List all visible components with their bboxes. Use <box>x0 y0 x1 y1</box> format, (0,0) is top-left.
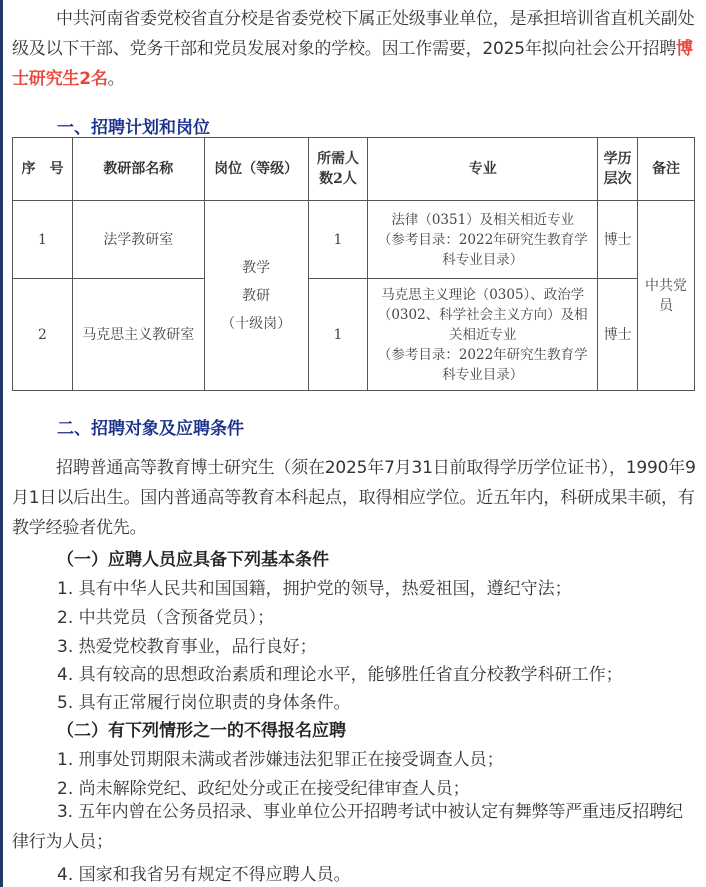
condition-item: 1. 具有中华人民共和国国籍，拥护党的领导，热爱祖国，遵纪守法； <box>57 574 572 599</box>
exclusion-item: 1. 刑事处罚期限未满或者涉嫌违法犯罪正在接受调查人员； <box>57 745 504 770</box>
cell-count: 1 <box>308 201 368 279</box>
condition-item: 3. 热爱党校教育事业，品行良好； <box>57 632 317 657</box>
section1-heading: 一、招聘计划和岗位 <box>57 113 210 138</box>
section2-heading: 二、招聘对象及应聘条件 <box>57 414 244 439</box>
intro-paragraph: 中共河南省委党校省直分校是省委党校下属正处级事业单位，是承担培训省直机关副处级及… <box>12 4 698 94</box>
intro-text-end: 。 <box>108 69 125 89</box>
cell-degree: 博士 <box>598 201 638 279</box>
exclusion-item: 2. 尚未解除党纪、政纪处分或正在接受纪律审查人员； <box>57 774 470 799</box>
section2-intro: 招聘普通高等教育博士研究生（须在2025年7月31日前取得学历学位证书），199… <box>12 453 698 543</box>
header-no: 序 号 <box>13 138 73 201</box>
table-header-row: 序 号 教研部名称 岗位（等级） 所需人数2人 专业 学历层次 备注 <box>13 138 695 201</box>
header-degree: 学历层次 <box>598 138 638 201</box>
header-major: 专业 <box>368 138 598 201</box>
cell-no: 1 <box>13 201 73 279</box>
intro-text: 中共河南省委党校省直分校是省委党校下属正处级事业单位，是承担培训省直机关副处级及… <box>12 9 694 59</box>
condition-item: 4. 具有较高的思想政治素质和理论水平，能够胜任省直分校教学科研工作； <box>57 660 623 685</box>
cell-major: 法律（0351）及相关相近专业 （参考目录：2022年研究生教育学科专业目录） <box>368 201 598 279</box>
header-dept: 教研部名称 <box>72 138 204 201</box>
cell-dept: 马克思主义教研室 <box>72 279 204 391</box>
sub1-heading: （一）应聘人员应具备下列基本条件 <box>57 545 329 570</box>
cell-degree: 博士 <box>598 279 638 391</box>
header-count: 所需人数2人 <box>308 138 368 201</box>
exclusion-item: 4. 国家和我省另有规定不得应聘人员。 <box>57 860 351 885</box>
cell-major: 马克思主义理论（0305）、政治学（0302、科学社会主义方向）及相关相近专业 … <box>368 279 598 391</box>
condition-item: 2. 中共党员（含预备党员）； <box>57 603 274 628</box>
cell-no: 2 <box>13 279 73 391</box>
cell-remark-merged: 中共党员 <box>638 201 695 391</box>
table-row: 2 马克思主义教研室 1 马克思主义理论（0305）、政治学（0302、科学社会… <box>13 279 695 391</box>
page-left-border <box>0 0 3 887</box>
cell-dept: 法学教研室 <box>72 201 204 279</box>
exclusion-item: 3. 五年内曾在公务员招录、事业单位公开招聘考试中被认定有舞弊等严重违反招聘纪律… <box>12 797 698 857</box>
condition-item: 5. 具有正常履行岗位职责的身体条件。 <box>57 688 351 713</box>
cell-count: 1 <box>308 279 368 391</box>
sub2-heading: （二）有下列情形之一的不得报名应聘 <box>57 716 346 741</box>
cell-position-merged: 教学 教研 （十级岗） <box>204 201 308 391</box>
header-remark: 备注 <box>638 138 695 201</box>
recruitment-plan-table: 序 号 教研部名称 岗位（等级） 所需人数2人 专业 学历层次 备注 1 法学教… <box>12 137 695 391</box>
table-row: 1 法学教研室 教学 教研 （十级岗） 1 法律（0351）及相关相近专业 （参… <box>13 201 695 279</box>
header-position: 岗位（等级） <box>204 138 308 201</box>
